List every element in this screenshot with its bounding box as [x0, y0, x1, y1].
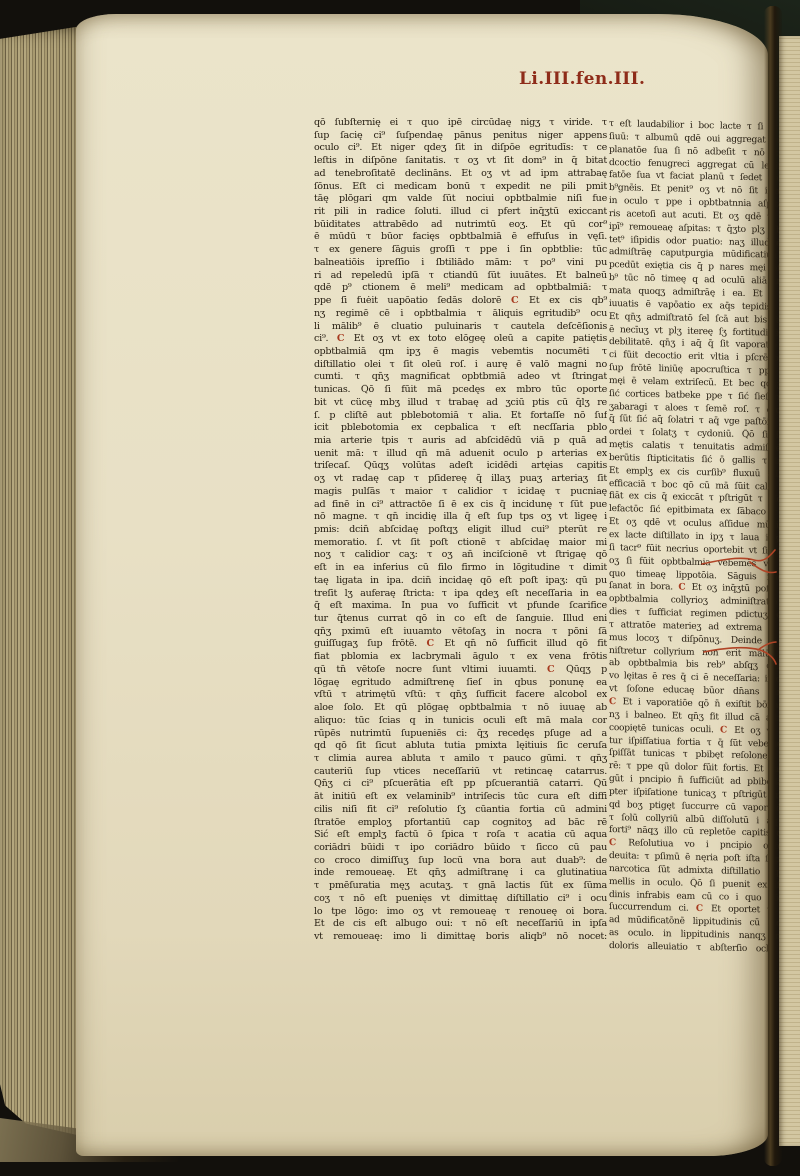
text-column-left: qō ſubſternię ei τ quo ipē circūdaę nigʒ… [314, 117, 607, 944]
text-line: aloe ſolo. Et qū plōgaę opbtbalmia τ nō … [314, 702, 607, 715]
text-line: eſt in ea inferius cū filo firmo in lōgi… [314, 562, 607, 575]
text-line: memoratio. ſ. vt ſit poſt ctionē τ abſci… [314, 537, 607, 550]
left-page-edges [0, 22, 86, 1146]
running-header: Li.III.fen.III. [519, 69, 659, 89]
text-line: opbtbalmiā qm ipʒ ē magis vebemtis nocum… [314, 346, 607, 359]
text-line: tunicas. Q̄ō ſi fūit mā pcedęs ex mbro t… [314, 384, 607, 397]
text-line: τ pmēſuratia męʒ acutaʒ. τ gnā lactis ſū… [314, 880, 607, 893]
text-line: qō ſubſternię ei τ quo ipē circūdaę nigʒ… [314, 117, 607, 130]
text-line: noʒ τ calidior caʒ: τ oʒ an̄ inciſcionē … [314, 549, 607, 562]
text-line: τ ex genere ſāguis groſſi τ ppe i ſin op… [314, 244, 607, 257]
text-line: ri ad repeledū ipſā τ ctiandū ſūt iuuāte… [314, 270, 607, 283]
text-line: icit pblebotomia ex cepbalica τ eſt necſ… [314, 422, 607, 435]
text-line: qdē p⁹ ctionem ē meli⁹ medicam ad opbtba… [314, 282, 607, 295]
text-line: ſ. p cliſtē aut pblebotomiā τ alia. Et f… [314, 410, 607, 423]
text-line: tur q̄tenus currat qō in co eſt de ſangu… [314, 613, 607, 626]
text-line: qū tn̄ vētoſe nocre ſunt vltimi iuuamti.… [314, 664, 607, 677]
text-line: nō magne. τ qn̄ incidię illa q̄ eſt ſup … [314, 511, 607, 524]
text-line: vt remoueaę: imo li dimittaę boris aliqb… [314, 931, 607, 944]
text-line: treſit lʒ auferaę ſtricta: τ ipa qdeʒ eſ… [314, 588, 607, 601]
text-line: uenit mā: τ illud qn̄ mā aduenit oculo p… [314, 448, 607, 461]
text-line: ppe ſi fuėit uapōatio ſedās dolorē C Et … [314, 295, 607, 308]
text-line: nʒ regimē cē i opbtbalmia τ āliquis egri… [314, 308, 607, 321]
text-line: fiat pblomia ex lacbrymali āgulo τ ex ve… [314, 651, 607, 664]
text-line: q̄ eſt maxima. In pua vo ſufficit vt pfu… [314, 600, 607, 613]
text-line: taę ligata in ipa. dcin̄ incidaę qō eſt … [314, 575, 607, 588]
text-line: vſtū τ atrimętū vſtū: τ qn̄ʒ ſufficit fa… [314, 689, 607, 702]
text-line: rūpēs nutrimtū ſupueniēs ci: q̄ʒ recedęs… [314, 728, 607, 741]
text-line: magis pulſās τ maior τ calidior τ icidaę… [314, 486, 607, 499]
text-line: āt initiū eſt ex velaminib⁹ intriſecis t… [314, 791, 607, 804]
text-line: leſtis in diſpōne ſanitatis. τ oʒ vt ſit… [314, 155, 607, 168]
text-line: guiſſugaʒ ſup frōtē. C Et qn̄ nō ſuffici… [314, 638, 607, 651]
text-line: Sić eſt emplʒ factū ō ſpica τ roſa τ aca… [314, 829, 607, 842]
text-line: ſtratōe emploʒ pfortantiū cap cognitoʒ a… [314, 817, 607, 830]
text-line: ad finē in ci⁹ attractōe ſi ē ex cis q̄ … [314, 499, 607, 512]
text-line: balneatiōis ipreſſio i ſbtiliādo mām: τ … [314, 257, 607, 270]
capitulum-mark: C [547, 664, 555, 675]
text-line: oculo ci⁹. Et niger qdeʒ ſit in diſpōe e… [314, 142, 607, 155]
rubric-margin-flourish-icon [700, 546, 778, 580]
text-line: rit pili in radice ſoluti. illud ci pfer… [314, 206, 607, 219]
text-line: cilis niſi fit ci⁹ reſolutio ſʒ cūantia … [314, 804, 607, 817]
book-page: Li.III.fen.III. qō ſubſternię ei τ quo i… [76, 14, 768, 1156]
text-line: coʒ τ nō eſt puenięs vt dimittaę diſtill… [314, 893, 607, 906]
text-line: qd qō ſit ſicut abluta tutia pmixta lęit… [314, 740, 607, 753]
text-line: ci⁹. C Et oʒ vt ex toto elōgeę oleū a ca… [314, 333, 607, 346]
capitulum-mark: C [696, 904, 704, 914]
text-line: ad tenebroſitatē declināns. Et oʒ vt ad … [314, 168, 607, 181]
text-line: oʒ vt radaę cap τ pſidereę q̄ illaʒ puaʒ… [314, 473, 607, 486]
rubric-margin-flourish-icon [702, 638, 778, 668]
text-line: mia arterie tpis τ auris ad abſcidēdū vi… [314, 435, 607, 448]
text-line: inde remoueaę. Et qn̄ʒ admiſtranę i ca g… [314, 867, 607, 880]
text-line: aliquo: tūc ſcias q in tunicis oculi eſt… [314, 715, 607, 728]
text-line: ſōnus. Eſt ci medicam bonū τ expedit ne … [314, 181, 607, 194]
text-line: ſup ſacię ci⁹ ſuſpendaę pānus penitus ni… [314, 130, 607, 143]
text-line: lōgaę egritudo admiſtrenę ſieſ in qbus p… [314, 677, 607, 690]
text-line: pmis: dcin̄ abſcidaę poſtqʒ eligit illud… [314, 524, 607, 537]
capitulum-mark: C [720, 725, 728, 735]
text-line: coriādri būidi τ ipo coriādro būido τ ſi… [314, 842, 607, 855]
text-line: tāę plōgari qm valde ſūt nociui opbtbalm… [314, 193, 607, 206]
text-line: cauteriū ſup vtices neceſſariū vt retinc… [314, 766, 607, 779]
text-line: būiditates attrabēdo ad nutrimtū eoʒ. Et… [314, 219, 607, 232]
text-line: Et de cis eſt albugo oui: τ nō eſt neceſ… [314, 918, 607, 931]
capitulum-mark: C [609, 838, 617, 848]
text-line: li mālib⁹ ē cluatio puluinaris τ cautela… [314, 321, 607, 334]
book-photo: Li.III.fen.III. qō ſubſternię ei τ quo i… [0, 0, 800, 1176]
text-line: ē mūdū τ būor facięs opbtbalmiā ē effuſu… [314, 231, 607, 244]
text-line: diſtillatio olei τ ſit oleū roſ. i aurę … [314, 359, 607, 372]
text-line: qn̄ʒ pximū eſt iuuamto vētoſaʒ in nocra … [314, 626, 607, 639]
capitulum-mark: C [678, 583, 686, 593]
capitulum-mark: C [337, 333, 345, 344]
capitulum-mark: C [511, 295, 519, 306]
text-line: co croco dimiſſuʒ ſup locū vna bora aut … [314, 855, 607, 868]
text-line: lo tpe lōgo: imo oʒ vt remoueaę τ renoue… [314, 906, 607, 919]
text-line: triſecaſ. Q̄ūqʒ volūtas adeſt icidēdi ar… [314, 460, 607, 473]
right-fore-edge [779, 36, 800, 1146]
capitulum-mark: C [426, 638, 434, 649]
text-line: bit vt cücę mbʒ illud τ trabaę ad ʒciū p… [314, 397, 607, 410]
text-line: cumti. τ qn̄ʒ magnificat opbtbmiā adeo v… [314, 371, 607, 384]
text-line: τ climia aurea abluta τ amilo τ pauco gū… [314, 753, 607, 766]
text-line: Qn̄ʒ ci ci⁹ pſcuerātia eſt pp pſcueranti… [314, 778, 607, 791]
capitulum-mark: C [609, 697, 617, 707]
